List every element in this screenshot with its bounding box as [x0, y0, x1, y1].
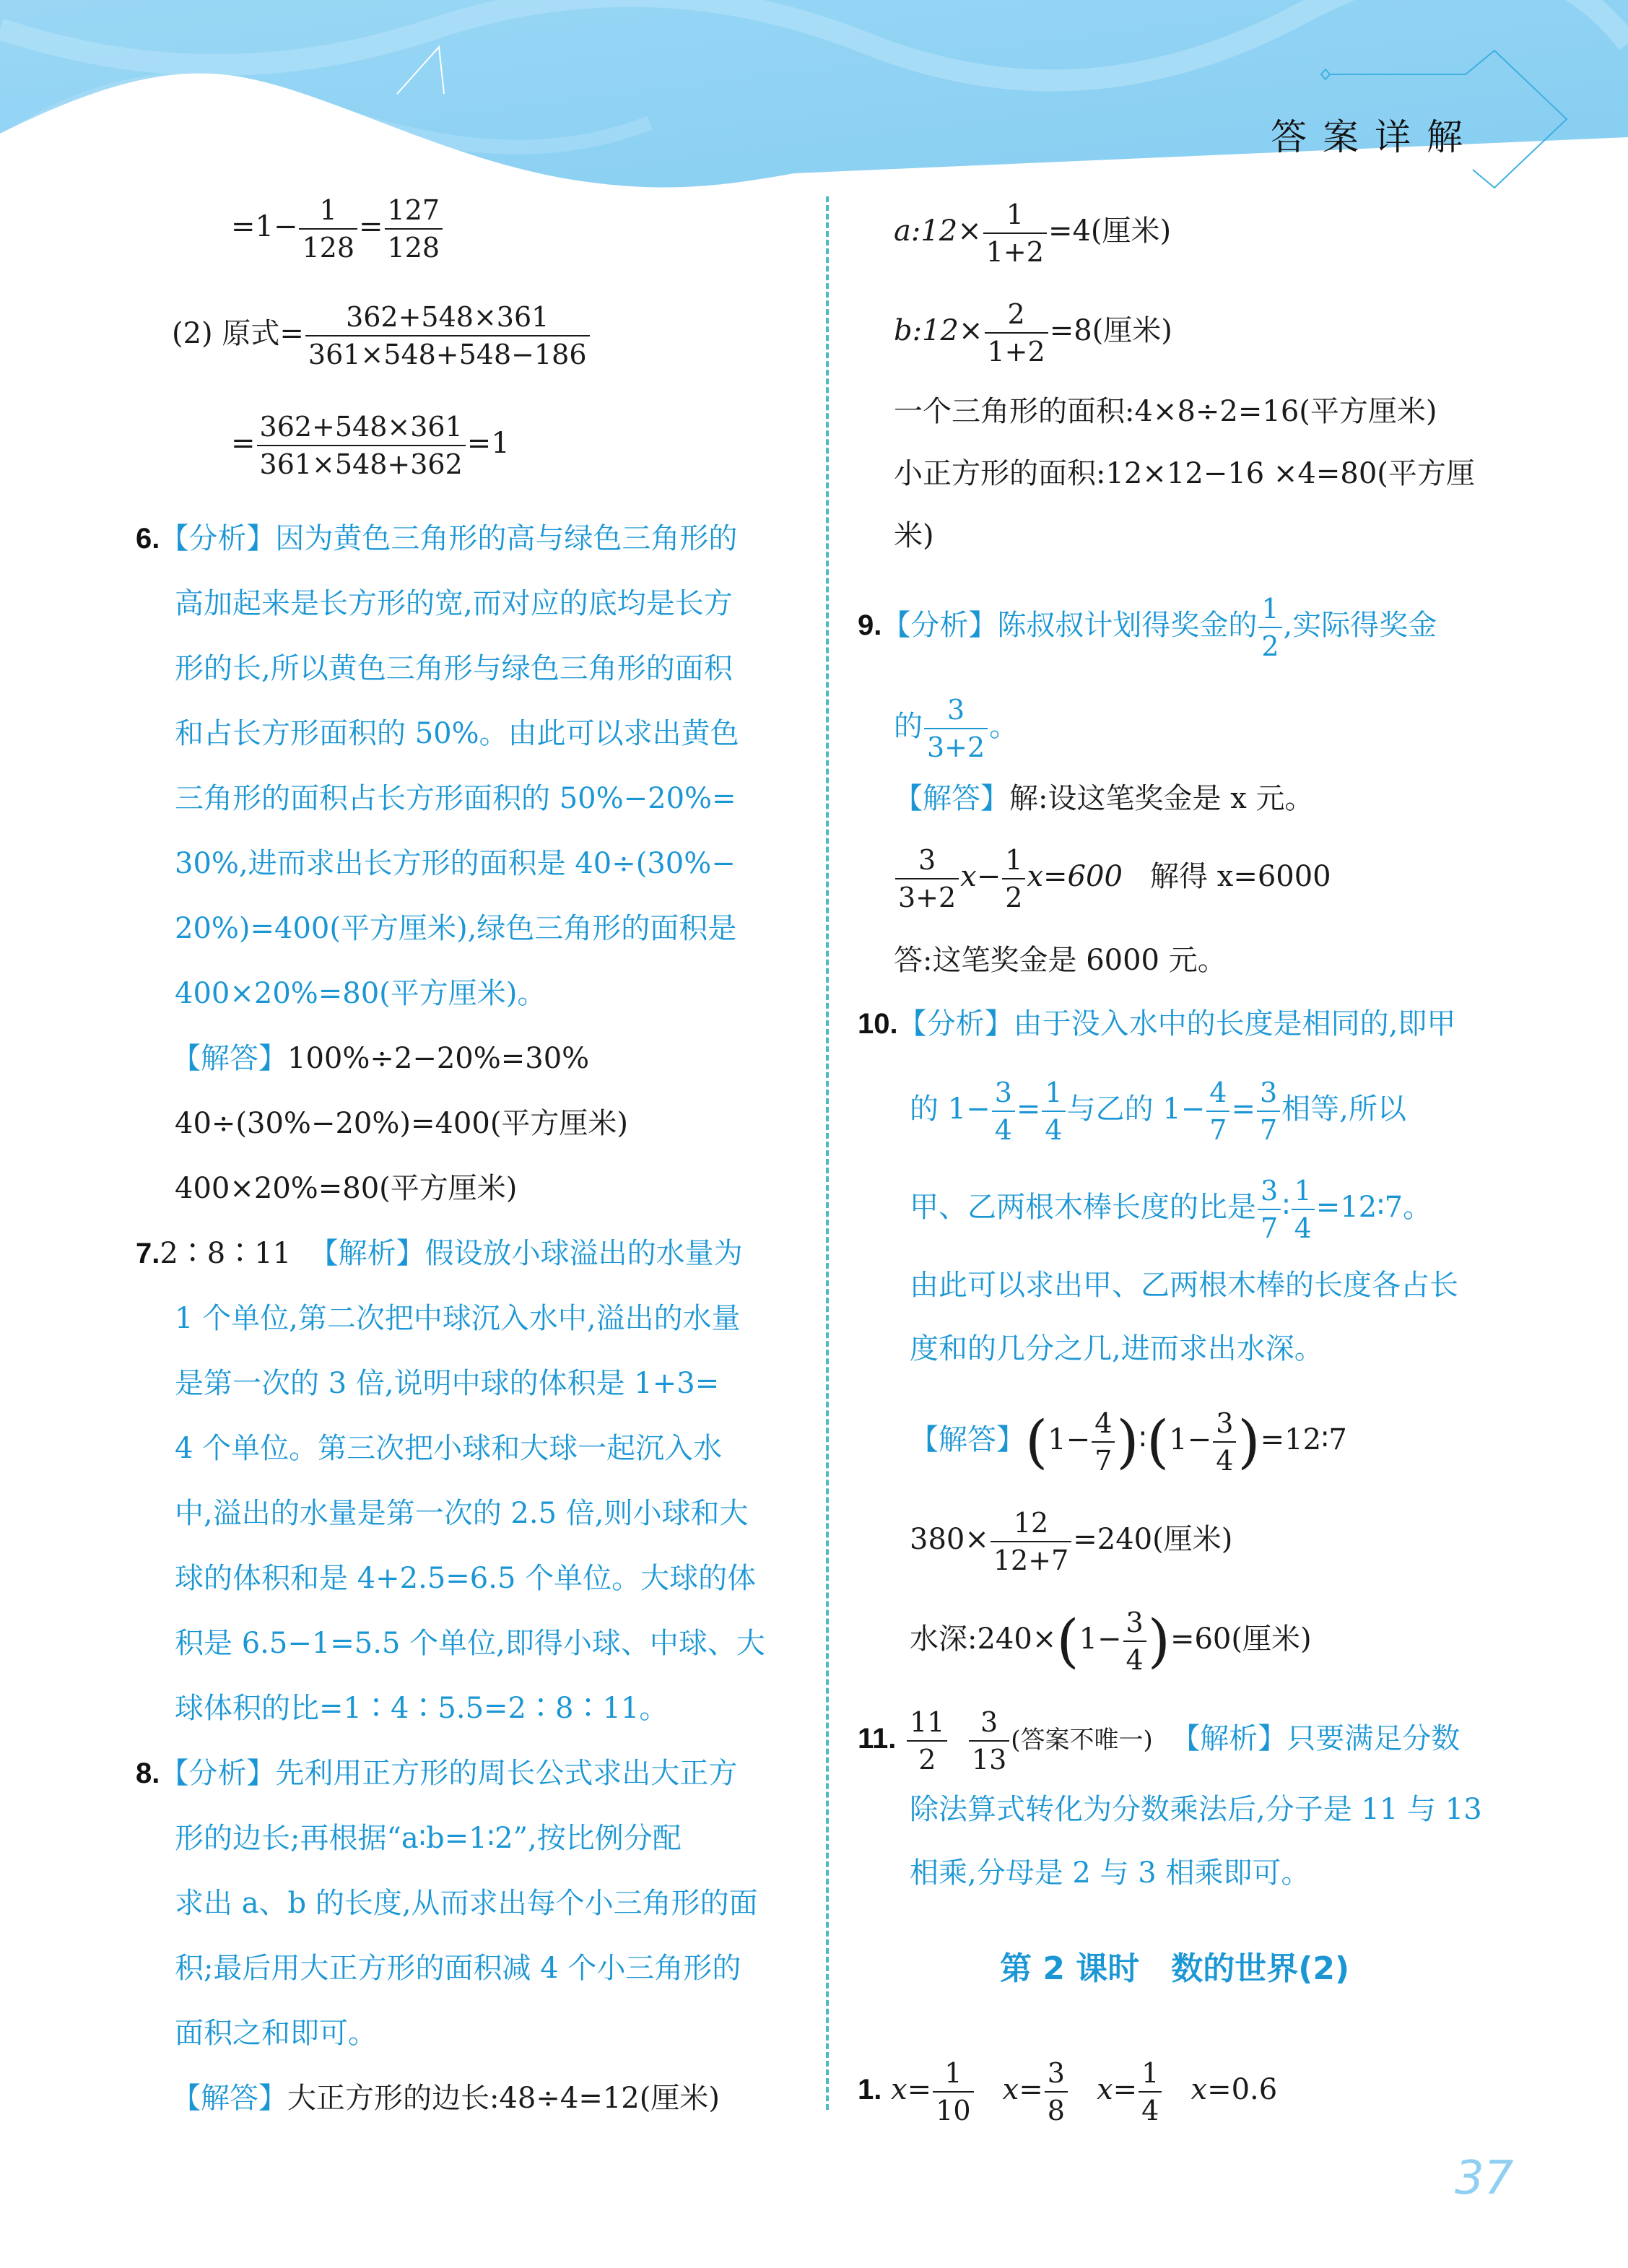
q10-analysis-line: 度和的几分之几,进而求出水深。 [910, 1331, 1323, 1366]
q7-answer: 2∶8∶11 [160, 1237, 291, 1270]
analysis-tag: 【分析】 [882, 609, 997, 642]
q10-analysis-line: 甲、乙两根木棒长度的比是37∶14=12∶7。 [910, 1177, 1432, 1242]
fraction: 37 [1258, 1177, 1281, 1242]
fraction: 362+548×361361×548+362 [257, 413, 466, 478]
fraction: 11+2 [983, 201, 1047, 266]
fraction: 38 [1045, 2059, 1068, 2124]
q9-analysis-line: 9.【分析】陈叔叔计划得奖金的12,实际得奖金 [858, 595, 1437, 660]
page-header: 答案详解 [0, 0, 1628, 202]
q10-solution-line: 【解答】(1−47)∶(1−34)=12∶7 [910, 1409, 1347, 1474]
fraction: 47 [1206, 1079, 1229, 1144]
analysis-tag: 【分析】 [160, 1757, 275, 1790]
fraction: 12 [1258, 595, 1281, 660]
fraction: 33+2 [895, 846, 959, 911]
fraction: 34 [1123, 1609, 1146, 1674]
prev-calc-line-3: =362+548×361361×548+362=1 [231, 413, 510, 478]
q11-analysis-line: 除法算式转化为分数乘法后,分子是 11 与 13 [910, 1792, 1482, 1827]
fraction: 127128 [385, 196, 443, 261]
q9-equation: 33+2x−12x=600 解得 x=6000 [894, 846, 1331, 911]
q8-calc-b: b:12×21+2=8(厘米) [894, 300, 1172, 365]
q11-answer-line: 11. 112 313(答案不唯一) 【解析】只要满足分数 [858, 1708, 1460, 1773]
solution-tag: 【解答】 [894, 782, 1009, 815]
q8-analysis-line: 面积之和即可。 [175, 2016, 377, 2051]
fraction: 33+2 [924, 696, 988, 761]
q7-analysis-line: 是第一次的 3 倍,说明中球的体积是 1+3= [175, 1366, 719, 1401]
question-number: 9. [858, 608, 882, 643]
q10-analysis-line: 10.【分析】由于没入水中的长度是相同的,即甲 [858, 1007, 1455, 1041]
q8-triangle-area: 一个三角形的面积:4×8÷2=16(平方厘米) [894, 394, 1437, 429]
fraction: 34 [1213, 1409, 1236, 1474]
fraction: 112 [907, 1708, 947, 1773]
fraction: 313 [969, 1708, 1009, 1773]
fraction: 14 [1292, 1177, 1315, 1242]
fraction: 1212+7 [991, 1509, 1071, 1574]
analysis-tag: 【分析】 [160, 522, 275, 555]
solution-tag: 【解答】 [172, 1042, 287, 1075]
q8-solution-line: 【解答】大正方形的边长:48÷4=12(厘米) [172, 2081, 720, 2116]
q10-solution-line: 380×1212+7=240(厘米) [910, 1509, 1232, 1574]
q6-solution-line: 40÷(30%−20%)=400(平方厘米) [175, 1106, 628, 1141]
q10-analysis-line: 的 1−34=14与乙的 1−47=37相等,所以 [910, 1079, 1406, 1144]
q6-analysis-line: 6.【分析】因为黄色三角形的高与绿色三角形的 [136, 521, 737, 556]
prev-calc-line-1: =1−1128=127128 [231, 196, 444, 261]
fraction: 47 [1092, 1409, 1115, 1474]
q10-analysis-line: 由此可以求出甲、乙两根木棒的长度各占长 [910, 1268, 1458, 1303]
solution-tag: 【解答】 [910, 1423, 1025, 1456]
question-number: 1. [858, 2072, 882, 2107]
q7-analysis-line: 积是 6.5−1=5.5 个单位,即得小球、中球、大 [175, 1626, 765, 1661]
question-number: 8. [136, 1756, 160, 1791]
q8-calc-a: a:12×11+2=4(厘米) [894, 201, 1171, 266]
section-title: 第 2 课时 数的世界(2) [1000, 1942, 1349, 1989]
q7-answer-line: 7.2∶8∶11 【解析】假设放小球溢出的水量为 [136, 1236, 743, 1271]
fraction: 14 [1042, 1079, 1065, 1144]
analysis-tag: 【解析】 [310, 1237, 425, 1270]
fraction: 1128 [299, 196, 357, 261]
q8-analysis-line: 积;最后用大正方形的面积减 4 个小三角形的 [175, 1951, 741, 1986]
fraction: 12 [1002, 846, 1025, 911]
q6-analysis-line: 20%)=400(平方厘米),绿色三角形的面积是 [175, 911, 736, 946]
question-number: 11. [858, 1721, 896, 1756]
q8-analysis-line: 形的边长;再根据“a∶b=1∶2”,按比例分配 [175, 1821, 682, 1856]
column-divider [826, 196, 829, 2110]
q9-solution-line: 【解答】解:设这笔奖金是 x 元。 [894, 781, 1313, 816]
q10-water-depth: 水深:240×(1−34)=60(厘米) [910, 1609, 1312, 1674]
q6-analysis-line: 和占长方形面积的 50%。由此可以求出黄色 [175, 716, 739, 751]
fraction: 362+548×361361×548+548−186 [305, 303, 590, 368]
q6-analysis-line: 高加起来是长方形的宽,而对应的底均是长方 [175, 586, 733, 621]
q8-square-area: 小正方形的面积:12×12−16 ×4=80(平方厘 [894, 456, 1475, 491]
q9-answer: 答:这笔奖金是 6000 元。 [894, 943, 1227, 978]
q7-analysis-line: 1 个单位,第二次把中球沉入水中,溢出的水量 [175, 1301, 741, 1336]
header-wave-decoration [0, 0, 1628, 202]
q6-analysis-line: 30%,进而求出长方形的面积是 40÷(30%− [175, 846, 736, 881]
q6-analysis-line: 形的长,所以黄色三角形与绿色三角形的面积 [175, 651, 733, 686]
q11-analysis-line: 相乘,分母是 2 与 3 相乘即可。 [910, 1856, 1310, 1890]
question-number: 10. [858, 1007, 898, 1041]
q6-analysis-line: 三角形的面积占长方形面积的 50%−20%= [175, 781, 736, 816]
page-number: 37 [1455, 2152, 1513, 2205]
q6-solution-line: 【解答】100%÷2−20%=30% [172, 1041, 589, 1076]
fraction: 14 [1139, 2059, 1162, 2124]
prev-calc-line-2: (2) 原式=362+548×361361×548+548−186 [172, 303, 591, 368]
fraction: 37 [1257, 1079, 1280, 1144]
q7-analysis-line: 球的体积和是 4+2.5=6.5 个单位。大球的体 [175, 1561, 756, 1596]
q6-solution-line: 400×20%=80(平方厘米) [175, 1171, 517, 1206]
header-title: 答案详解 [1271, 108, 1479, 160]
s2-q1-answer-line: 1. x=110 x=38 x=14 x=0.6 [858, 2059, 1277, 2124]
analysis-tag: 【分析】 [898, 1007, 1014, 1040]
q8-analysis-line: 求出 a、b 的长度,从而求出每个小三角形的面 [175, 1886, 758, 1921]
q9-analysis-line: 的33+2。 [894, 696, 1018, 761]
question-number: 7. [136, 1236, 160, 1271]
fraction: 34 [992, 1079, 1015, 1144]
q8-analysis-line: 8.【分析】先利用正方形的周长公式求出大正方 [136, 1756, 737, 1791]
q7-analysis-line: 中,溢出的水量是第一次的 2.5 倍,则小球和大 [175, 1496, 748, 1531]
solution-tag: 【解答】 [172, 2082, 287, 2115]
q7-analysis-line: 4 个单位。第三次把小球和大球一起沉入水 [175, 1431, 722, 1466]
analysis-tag: 【解析】 [1171, 1722, 1287, 1755]
q7-analysis-line: 球体积的比=1∶4∶5.5=2∶8∶11。 [175, 1691, 668, 1726]
fraction: 21+2 [985, 300, 1048, 365]
q6-analysis-line: 400×20%=80(平方厘米)。 [175, 976, 546, 1011]
q8-square-area-cont: 米) [894, 518, 934, 553]
fraction: 110 [933, 2059, 973, 2124]
question-number: 6. [136, 521, 160, 556]
